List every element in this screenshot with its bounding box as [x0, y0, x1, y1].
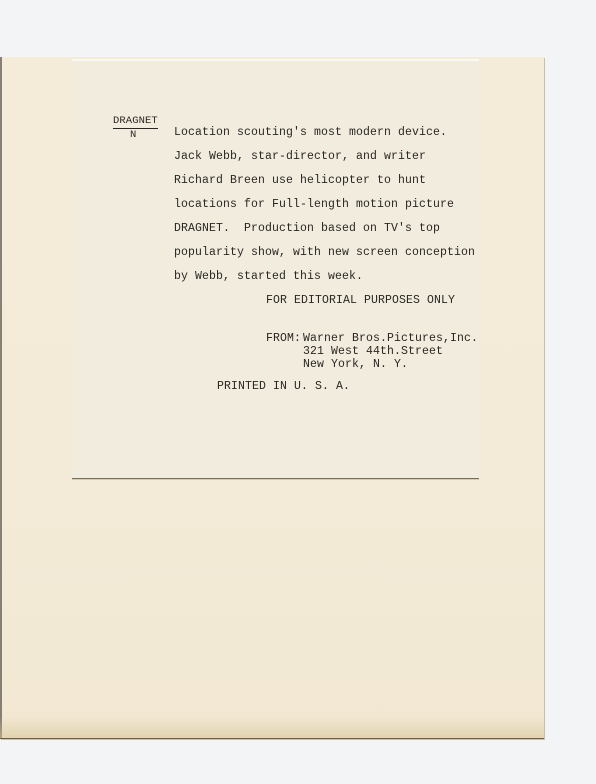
caption-line: Richard Breen use helicopter to hunt	[174, 175, 426, 187]
caption-line: by Webb, started this week.	[174, 271, 363, 283]
caption-line: Location scouting's most modern device.	[174, 127, 447, 139]
caption-line: popularity show, with new screen concept…	[174, 247, 475, 259]
from-address-line: Warner Bros.Pictures,Inc.	[303, 333, 478, 345]
caption-line: DRAGNET. Production based on TV's top	[174, 223, 440, 235]
from-address-line: New York, N. Y.	[303, 359, 408, 371]
slug-code: N	[130, 129, 136, 141]
card-bottom-stain	[0, 716, 544, 738]
card-left-edge	[0, 57, 2, 738]
from-label: FROM:	[266, 333, 301, 345]
sheet-top-edge	[72, 59, 479, 61]
from-address-line: 321 West 44th.Street	[303, 346, 443, 358]
caption-line: locations for Full-length motion picture	[174, 199, 454, 211]
caption-line: Jack Webb, star-director, and writer	[174, 151, 426, 163]
editorial-notice: FOR EDITORIAL PURPOSES ONLY	[266, 295, 455, 307]
slug-title: DRAGNET	[113, 115, 158, 129]
printed-in-usa: PRINTED IN U. S. A.	[217, 381, 350, 393]
